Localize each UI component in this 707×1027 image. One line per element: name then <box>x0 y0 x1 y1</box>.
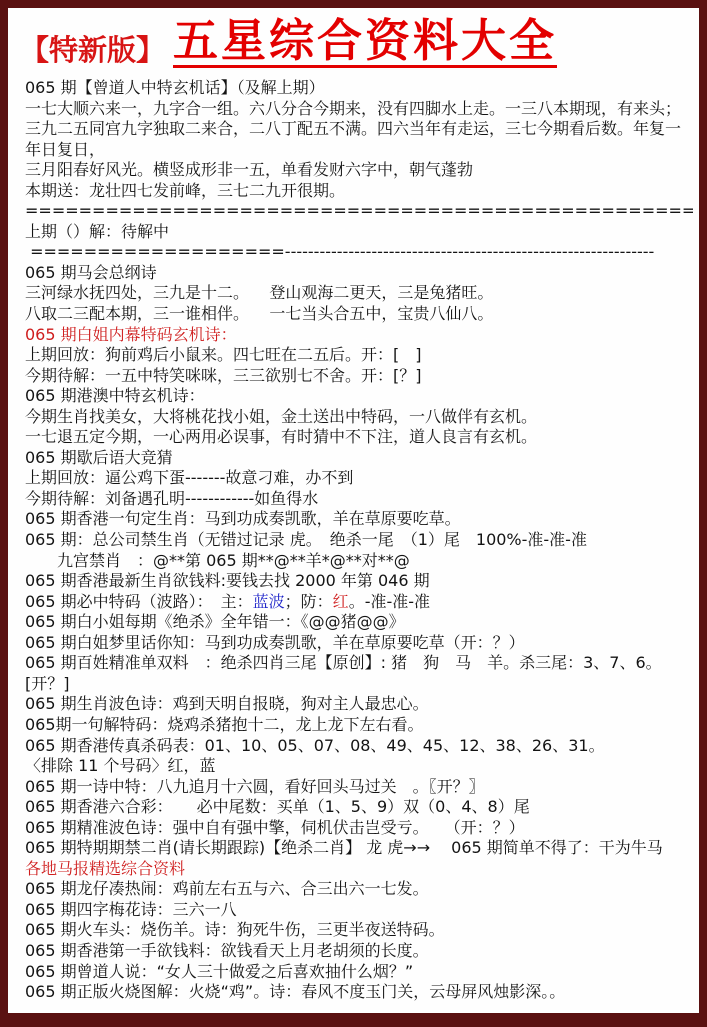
text-line: ========================================… <box>25 201 693 222</box>
text-line: 一七退五定今期，一心两用必误事，有时猜中不下注，道人良言有玄机。 <box>25 427 693 448</box>
text-line: 三九二五同宫九字独取二来合，二八丁配五不满。四六当年有走运，三七今期看后数。年复… <box>25 119 693 140</box>
text-line: ===================---------------------… <box>25 242 693 263</box>
text-line: 065 期香港最新生肖欲钱料:要钱去找 2000 年第 046 期 <box>25 571 693 592</box>
text-line: 一七大顺六来一，九字合一组。六八分合今期来，没有四脚水上走。一三八本期现，有来头… <box>25 99 693 120</box>
text-line: 065 期白姐内幕特码玄机诗： <box>25 325 693 346</box>
text-line: 065 期四字梅花诗：三六一八 <box>25 900 693 921</box>
text-line: 年日复日， <box>25 140 693 161</box>
text-line: 065 期曾道人说：“女人三十做爱之后喜欢抽什么烟？” <box>25 962 693 983</box>
text-line: 065 期香港第一手欲钱料：欲钱看天上月老胡须的长度。 <box>25 941 693 962</box>
text-line: 065 期生肖波色诗：鸡到天明自报晓，狗对主人最忠心。 <box>25 694 693 715</box>
text-line: 065 期港澳中特玄机诗： <box>25 386 693 407</box>
text-line: [开？] <box>25 674 693 695</box>
text-line: 065 期百姓精准单双料 ：绝杀四肖三尾【原创】: 猪 狗 马 羊。杀三尾：3、… <box>25 653 693 674</box>
text-line: 065 期火车头：烧伤羊。诗：狗死牛伤，三更半夜送特码。 <box>25 920 693 941</box>
page-title: 五星综合资料大全 <box>173 18 557 68</box>
text-line: 065期一句解特码：烧鸡杀猪抱十二，龙上龙下左右看。 <box>25 715 693 736</box>
text-line: 〈排除 11 个号码〉红，蓝 <box>25 756 693 777</box>
text-line: 今期生肖找美女，大将桃花找小姐，金土送出中特码，一八做伴有玄机。 <box>25 407 693 428</box>
text-line: 本期送：龙壮四七发前峰，三七二九开很期。 <box>25 181 693 202</box>
text-line: 065 期白姐梦里话你知：马到功成奏凯歌，羊在草原要吃草（开：？） <box>25 633 693 654</box>
page-header: 【特新版】 五星综合资料大全 <box>8 8 699 70</box>
text-line: 八取二三配本期，三一谁相伴。 一七当头合五中，宝贵八仙八。 <box>25 304 693 325</box>
text-line: 065 期精准波色诗：强中自有强中擎，伺机伏击岂受亏。 （开：？） <box>25 818 693 839</box>
text-line: 065 期必中特码（波路）： 主：蓝波；防：红。-准-准-准 <box>25 592 693 613</box>
content-lines: 065 期【曾道人中特玄机话】（及解上期）一七大顺六来一，九字合一组。六八分合今… <box>8 70 699 1003</box>
text-line: 065 期香港六合彩： 必中尾数：买单（1、5、9）双（0、4、8）尾 <box>25 797 693 818</box>
text-line: 065 期特期期禁二肖(请长期跟踪)【绝杀二肖】 龙 虎→→ 065 期简单不得… <box>25 838 693 859</box>
text-line: 上期回放：逼公鸡下蛋-------故意刁难，办不到 <box>25 468 693 489</box>
text-line: 上期（）解：待解中 <box>25 222 693 243</box>
text-line: 065 期正版火烧图解：火烧“鸡”。诗：春风不度玉门关，云母屏风烛影深。。 <box>25 982 693 1003</box>
text-line: 九宫禁肖 ：@**第 065 期**@**羊*@**对**@ <box>25 551 693 572</box>
text-line: 065 期白小姐每期《绝杀》全年错一：《@@猪@@》 <box>25 612 693 633</box>
text-line: 各地马报精选综合资料 <box>25 859 693 880</box>
text-line: 065 期歇后语大竞猜 <box>25 448 693 469</box>
text-line: 三河绿水抚四处，三九是十二。 登山观海二更天，三是兔猪旺。 <box>25 283 693 304</box>
text-line: 今期待解：刘备遇孔明------------如鱼得水 <box>25 489 693 510</box>
text-line: 三月阳春好风光。横竖成形非一五，单看发财六字中，朝气蓬勃 <box>25 160 693 181</box>
text-line: 今期待解：一五中特笑咪咪，三三欲别七不舍。开：[？] <box>25 366 693 387</box>
edition-badge: 【特新版】 <box>20 36 165 65</box>
text-line: 065 期香港一句定生肖：马到功成奏凯歌，羊在草原要吃草。 <box>25 509 693 530</box>
text-line: 065 期香港传真杀码表：01、10、05、07、08、49、45、12、38、… <box>25 736 693 757</box>
text-line: 065 期：总公司禁生肖（无错过记录 虎。 绝杀一尾 （1）尾 100%-准-准… <box>25 530 693 551</box>
text-line: 065 期【曾道人中特玄机话】（及解上期） <box>25 78 693 99</box>
text-line: 065 期马会总纲诗 <box>25 263 693 284</box>
text-line: 065 期一诗中特：八九追月十六圆，看好回头马过关 。〖开？〗 <box>25 777 693 798</box>
text-line: 065 期龙仔凑热闹：鸡前左右五与六、合三出六一七发。 <box>25 879 693 900</box>
text-line: 上期回放：狗前鸡后小鼠来。四七旺在二五后。开：[ ] <box>25 345 693 366</box>
lottery-info-sheet: 【特新版】 五星综合资料大全 065 期【曾道人中特玄机话】（及解上期）一七大顺… <box>0 0 707 1027</box>
